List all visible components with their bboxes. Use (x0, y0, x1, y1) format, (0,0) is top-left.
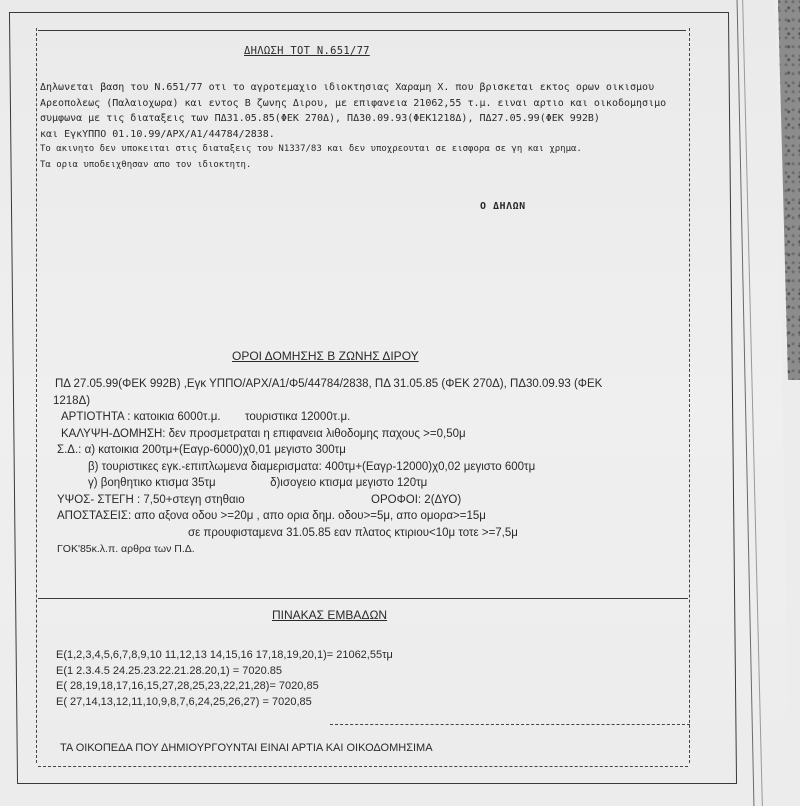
distances-line: ΑΠΟΣΤΑΣΕΙΣ: απο αξονα οδου >=20μ , απο ο… (55, 508, 705, 525)
building-terms-body: ΠΔ 27.05.99(ΦΕΚ 992Β) ,Εγκ ΥΠΠΟ/ΑΡΧ/Α1/Φ… (55, 376, 705, 558)
coverage-line: ΚΑΛΥΨΗ-ΔΟΜΗΣΗ: δεν προσμετραται η επιφαν… (55, 426, 705, 443)
artiotita-row: ΑΡΤΙΟΤΗΤΑ : κατοικια 6000τ.μ. τουριστικα… (55, 409, 705, 426)
top-divider (38, 30, 686, 31)
height-row: ΥΨΟΣ- ΣΤΕΓΗ : 7,50+στεγη στηθαιο ΟΡΟΦΟΙ:… (55, 492, 705, 509)
area-table: Ε(1,2,3,4,5,6,7,8,9,10 11,12,13 14,15,16… (56, 648, 393, 710)
references-line: ΠΔ 27.05.99(ΦΕΚ 992Β) ,Εγκ ΥΠΠΟ/ΑΡΧ/Α1/Φ… (55, 376, 705, 393)
height-text: ΥΨΟΣ- ΣΤΕΓΗ : 7,50+στεγη στηθαιο (57, 494, 245, 506)
artiotita-tourist: τουριστικα 12000τ.μ. (245, 411, 350, 423)
references-line: 1218Δ) (53, 393, 705, 410)
declaration-note: Τα ορια υποδειχθησαν απο τον ιδιοκτητη. (40, 158, 690, 174)
artiotita-residential: κατοικια 6000τ.μ. (134, 411, 221, 423)
declaration-title: ΔΗΛΩΣΗ ΤΟΤ Ν.651/77 (244, 45, 370, 57)
area-row: Ε(1 2.3.4.5 24.25.23.22.21.28.20,1) = 70… (56, 664, 393, 680)
sd-b-line: β) τουριστικες εγκ.-επιπλωμενα διαμερισμ… (55, 459, 705, 476)
distances-existing-line: σε προυφισταμενα 31.05.85 εαν πλατος κτι… (55, 525, 705, 542)
footer-note: ΤΑ ΟΙΚΟΠΕΔΑ ΠΟΥ ΔΗΜΙΟΥΡΓΟΥΝΤΑΙ ΕΙΝΑΙ ΑΡΤ… (60, 742, 433, 754)
sd-c-text: γ) βοηθητικο κτισμα 35τμ (88, 477, 216, 489)
declaration-line: Δηλωνεται βαση του Ν.651/77 οτι το αγροτ… (40, 80, 690, 96)
sd-cd-row: γ) βοηθητικο κτισμα 35τμ δ)ισογειο κτισμ… (55, 475, 705, 492)
signer-label: Ο ΔΗΛΩΝ (480, 201, 526, 212)
area-row: Ε( 28,19,18,17,16,15,27,28,25,23,22,21,2… (56, 679, 393, 695)
section-divider (38, 598, 688, 599)
building-terms-title: ΟΡΟΙ ΔΟΜΗΣΗΣ Β ΖΩΝΗΣ ΔΙΡΟΥ (232, 349, 419, 363)
sd-a-line: Σ.Δ.: α) κατοικια 200τμ+(Εαγρ-6000)χ0,01… (55, 442, 705, 459)
artiotita-label: ΑΡΤΙΟΤΗΤΑ : (61, 411, 130, 423)
area-row: Ε( 27,14,13,12,11,10,9,8,7,6,24,25,26,27… (56, 695, 393, 711)
bottom-divider (38, 766, 688, 767)
declaration-body: Δηλωνεται βαση του Ν.651/77 οτι το αγροτ… (40, 80, 690, 173)
area-table-title: ΠΙΝΑΚΑΣ ΕΜΒΑΔΩΝ (272, 608, 387, 622)
area-row: Ε(1,2,3,4,5,6,7,8,9,10 11,12,13 14,15,16… (56, 648, 393, 664)
floors-text: ΟΡΟΦΟΙ: 2(ΔΥΟ) (371, 494, 461, 506)
declaration-note: Το ακινητο δεν υποκειται στις διαταξεις … (40, 142, 690, 158)
gok-line: ΓΟΚ'85κ.λ.π. αρθρα των Π.Δ. (55, 541, 705, 558)
section-divider (330, 724, 690, 725)
sd-d-text: δ)ισογειο κτισμα μεγιστο 120τμ (270, 477, 427, 489)
declaration-line: Αρεοπολεως (Παλαιοχωρα) και εντος Β ζωνη… (40, 96, 690, 112)
declaration-line: συμφωνα με τις διαταξεις των ΠΔ31.05.85(… (40, 111, 690, 127)
document-page: ΔΗΛΩΣΗ ΤΟΤ Ν.651/77 Δηλωνεται βαση του Ν… (0, 0, 800, 806)
declaration-line: και ΕγκΥΠΠΟ 01.10.99/ΑΡΧ/Α1/44784/2838. (40, 127, 690, 143)
